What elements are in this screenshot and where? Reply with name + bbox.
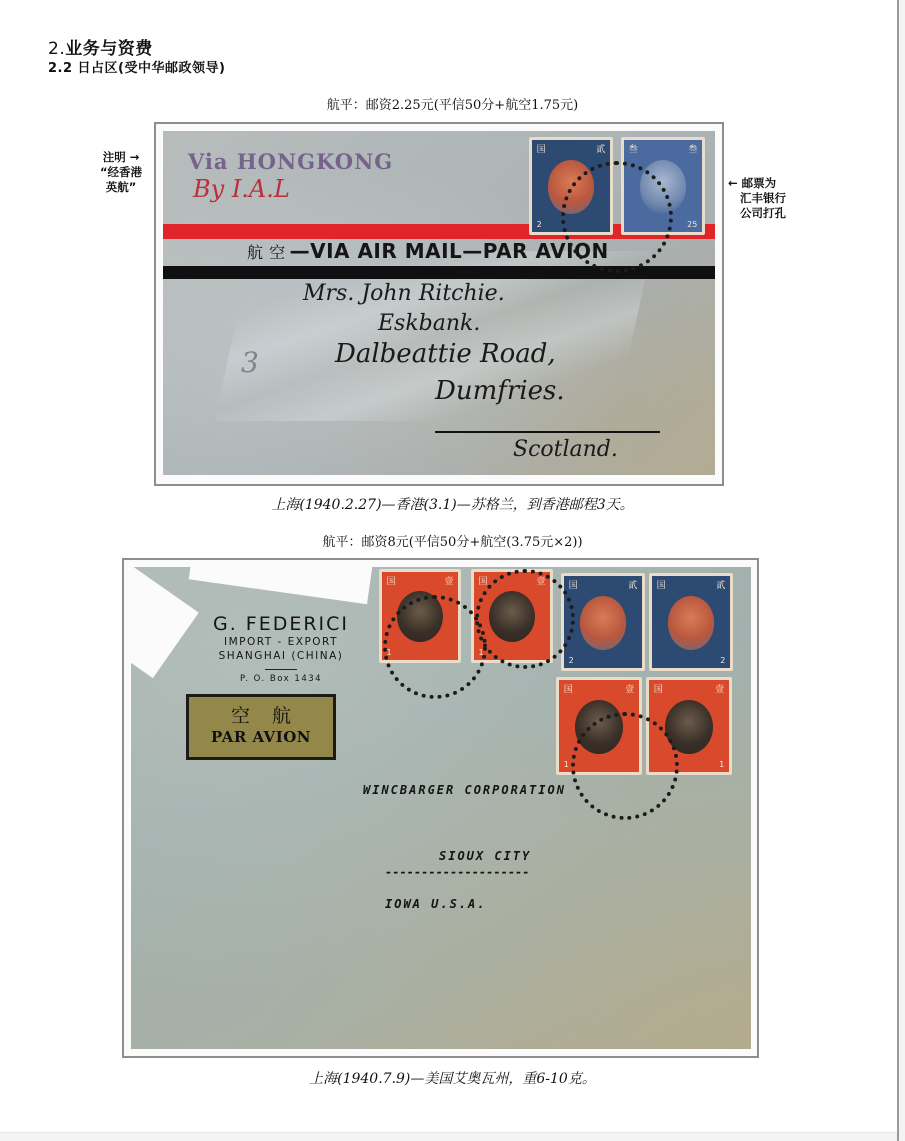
note-line: ← 邮票为 [728, 176, 786, 191]
shanghai-postmark [383, 595, 487, 699]
address-underline [435, 431, 660, 433]
stamp-value: 2 [720, 656, 725, 665]
note-line: 英航” [100, 180, 142, 195]
sender-po-box: P. O. Box 1434 [191, 674, 371, 684]
cover1-left-note: 注明 → “经香港 英航” [100, 150, 142, 195]
sender-name: G. FEDERICI [191, 613, 371, 635]
sender-imprint: G. FEDERICI IMPORT - EXPORT SHANGHAI (CH… [191, 613, 371, 684]
note-line: 公司打孔 [728, 206, 786, 221]
shanghai-postmark [571, 712, 679, 820]
airmail-cn: 航 空 [247, 243, 286, 262]
cover1-right-note: ← 邮票为 汇丰银行 公司打孔 [728, 176, 786, 221]
manuscript-routing-note: By I.A.L [193, 175, 290, 203]
note-line: “经香港 [100, 165, 142, 180]
airmail-en: —VIA AIR MAIL—PAR AVION [290, 239, 609, 263]
cover2-route-caption: 上海(1940.7.9)—美国艾奥瓦州，重6-10克。 [0, 1068, 905, 1088]
cover1-route-caption: 上海(1940.2.27)—香港(3.1)—苏格兰，到香港邮程3天。 [0, 494, 905, 514]
subsection-title: 2.2 日占区(受中华邮政领导) [48, 57, 225, 76]
sender-rule [265, 669, 297, 670]
label-en: PAR AVION [189, 728, 333, 746]
cover2-frame: G. FEDERICI IMPORT - EXPORT SHANGHAI (CH… [122, 558, 759, 1058]
page-edge-shadow [899, 0, 905, 1141]
sender-line: SHANGHAI (CHINA) [191, 649, 371, 663]
torn-edge [189, 567, 374, 604]
stamp-value: 25 [687, 220, 697, 229]
address-line: Scotland. [513, 437, 618, 462]
shanghai-postmark [561, 161, 673, 273]
address-line: Dumfries. [435, 376, 565, 406]
section-number: 2. [48, 39, 65, 59]
stamp-value: 2 [537, 220, 542, 229]
note-line: 汇丰银行 [728, 191, 786, 206]
stamp-value: 1 [719, 760, 724, 769]
cover1-envelope: Via HONGKONG By I.A.L 航 空—VIA AIR MAIL—P… [163, 131, 715, 475]
portrait-icon [668, 596, 715, 649]
portrait-icon [580, 596, 627, 649]
par-avion-label: 空航 PAR AVION [186, 694, 336, 760]
stamp-value: 1 [564, 760, 569, 769]
address-line: WINCBARGER CORPORATION [363, 783, 566, 797]
address-dashes: -------------------- [385, 865, 530, 879]
page-bottom-edge [0, 1132, 897, 1141]
cover2-envelope: G. FEDERICI IMPORT - EXPORT SHANGHAI (CH… [131, 567, 751, 1049]
address-line: SIOUX CITY [439, 849, 531, 863]
address-line: Mrs. John Ritchie. [303, 281, 505, 306]
stamp: 国貳2 [649, 573, 733, 671]
address-line: Eskbank. [378, 311, 480, 336]
cover1-frame: Via HONGKONG By I.A.L 航 空—VIA AIR MAIL—P… [154, 122, 724, 486]
airmail-band-text: 航 空—VIA AIR MAIL—PAR AVION [247, 239, 609, 263]
stamp-value: 2 [569, 656, 574, 665]
section-title-text: 业务与资费 [65, 39, 153, 59]
sender-line: IMPORT - EXPORT [191, 635, 371, 649]
cover2-rate-caption: 航平：邮资8元(平信50分+航空(3.75元×2)) [0, 531, 905, 550]
via-hongkong-cachet: Via HONGKONG [188, 149, 393, 174]
address-line: IOWA U.S.A. [385, 897, 486, 911]
section-title: 2.业务与资费 [48, 34, 153, 59]
cover1-rate-caption: 航平：邮资2.25元(平信50分+航空1.75元) [0, 94, 905, 113]
note-line: 注明 → [100, 150, 142, 165]
shanghai-postmark [475, 569, 575, 669]
pencil-mark: 3 [241, 346, 259, 379]
label-cn: 空航 [189, 701, 333, 728]
address-line: Dalbeattie Road, [335, 339, 556, 369]
torn-corner [131, 567, 199, 678]
